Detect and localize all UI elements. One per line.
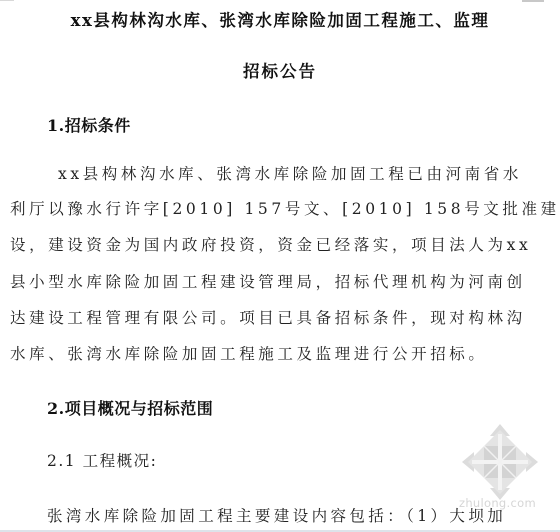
paragraph-line: 利厅以豫水行许字[2010] 157号文、[2010] 158号文批准建 [10,202,560,218]
paragraph-line: xx县构林沟水库、张湾水库除险加固工程已由河南省水 [58,167,522,183]
document-title: xx县构林沟水库、张湾水库除险加固工程施工、监理 [0,13,560,30]
page-corner-mark [522,0,544,2]
paragraph-line: 设，建设资金为国内政府投资，资金已经落实，项目法人为xx [10,238,531,254]
page-corner-mark [0,0,14,1]
paragraph-line: 水库、张湾水库除险加固工程施工及监理进行公开招标。 [10,347,488,363]
paragraph-line: 张湾水库除险加固工程主要建设内容包括：（1）大坝加 [47,509,506,525]
document-subtitle: 招标公告 [0,64,560,81]
paragraph-line: 达建设工程管理有限公司。项目已具备招标条件，现对构林沟 [10,311,526,327]
paragraph-line: 县小型水库除险加固工程建设管理局，招标代理机构为河南创 [10,275,526,291]
subsection-heading: 2.1 工程概况: [47,454,157,470]
document-page: xx县构林沟水库、张湾水库除险加固工程施工、监理 招标公告 1.招标条件 xx县… [0,0,560,532]
section-heading-bidding-conditions: 1.招标条件 [47,118,131,134]
watermark-text: zhulong.com [459,498,536,510]
section-heading-project-overview: 2.项目概况与招标范围 [47,401,213,417]
